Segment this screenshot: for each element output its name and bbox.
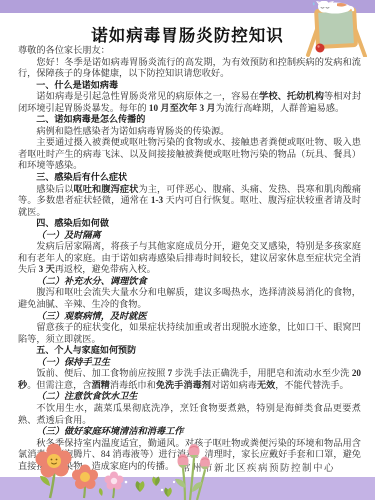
paragraph: 不饮用生水，蔬菜瓜果彻底洗净，烹饪食物要煮熟，特别是海鲜类食品更要煮熟、煮透后食… [18,403,361,426]
section-heading: 一、什么是诺如病毒 [18,80,361,92]
document-body: 尊敬的各位家长朋友： 您好！冬季是诺如病毒胃肠炎流行的高发期，为有效预防和控制疾… [18,45,361,472]
smiley-flower-icon [36,444,72,499]
paragraph: 饭前、便后、加工食物前应按照 7 步洗手法正确洗手，用肥皂和流动水至少洗 20 … [18,368,361,391]
paragraph: 主要通过摄入被粪便或呕吐物污染的食物或水、接触患者粪便或呕吐物、吸入患者呕吐时产… [18,137,361,172]
section-heading: （三）观察病情，及时就医 [18,311,361,323]
section-heading: 二、诺如病毒是怎么传播的 [18,114,361,126]
section-heading: （一）及时隔离 [18,230,361,242]
paragraph: 诺如病毒是引起急性胃肠炎常见的病原体之一，容易在学校、托幼机构等相对封闭环境引起… [18,91,361,114]
paragraph: 感染后以呕吐和腹泻症状为主，可伴恶心、腹痛、头痛、发热、畏寒和肌肉酸痛等。多数患… [18,184,361,219]
section-heading: （三）做好家庭环境清洁和消毒工作 [18,426,361,438]
pink-flower-icon [105,472,124,499]
flowers-illustration [28,442,218,500]
section-heading: 三、感染后有什么症状 [18,172,361,184]
tulip-cluster-icon [175,444,210,500]
page-title: 诺如病毒胃肠炎防控知识 [0,22,375,46]
section-heading: 五、个人与家庭如何预防 [18,345,361,357]
section-heading: 四、感染后如何做 [18,218,361,230]
paragraph: 病例和隐性感染者为诺如病毒胃肠炎的传染源。 [18,126,361,138]
salutation-line: 尊敬的各位家长朋友： [18,45,361,57]
section-heading: （一）保持手卫生 [18,357,361,369]
sparkle-dots [125,469,175,492]
coral-flower-icon [72,465,98,499]
sweat-drop-icon [313,2,315,6]
paragraph: 您好！冬季是诺如病毒胃肠炎流行的高发期，为有效预防和控制疾病的发病和流行，保障孩… [18,57,361,80]
paragraph: 腹泻和呕吐会流失大量水分和电解质，建议多喝热水，选择清淡易消化的食物，避免油腻、… [18,287,361,310]
section-heading: （二）注意饮食饮水卫生 [18,391,361,403]
paragraph: 发病后居家隔离，将孩子与其他家庭成员分开，避免交叉感染，特别是多孩家庭和有老年人… [18,241,361,276]
section-heading: （二）补充水分、调理饮食 [18,276,361,288]
paragraph: 留意孩子的症状变化，如果症状持续加重或者出现脱水迹象，比如口干、眼窝凹陷等，须立… [18,322,361,345]
paragraph-list: 您好！冬季是诺如病毒胃肠炎流行的高发期，为有效预防和控制疾病的发病和流行，保障孩… [18,57,361,473]
